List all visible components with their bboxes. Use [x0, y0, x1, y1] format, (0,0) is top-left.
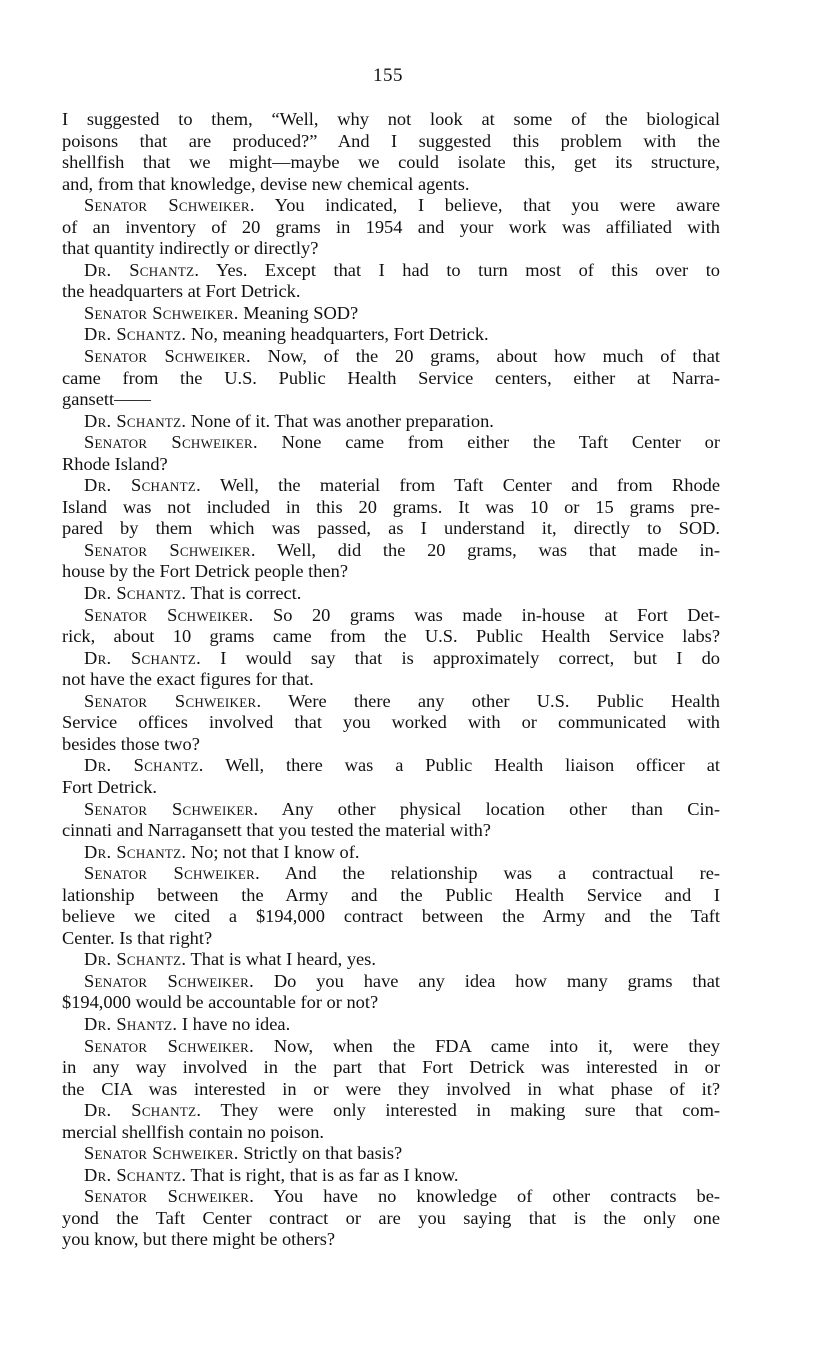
speaker-name: Senator Schweiker. — [84, 195, 255, 215]
text-line: believe we cited a $194,000 contract bet… — [62, 906, 720, 928]
speaker-line: Senator Schweiker. So 20 grams was made … — [62, 605, 720, 627]
line-text: Now, when the FDA came into it, were the… — [254, 1036, 720, 1056]
speaker-line: Senator Schweiker. Well, did the 20 gram… — [62, 540, 720, 562]
speaker-name: Senator Schweiker. — [84, 346, 251, 366]
speaker-line: Dr. Schantz. Yes. Except that I had to t… — [62, 260, 720, 282]
speaker-line: Senator Schweiker. Any other physical lo… — [62, 799, 720, 821]
line-text: You indicated, I believe, that you were … — [255, 195, 720, 215]
text-line: that quantity indirectly or directly? — [62, 238, 720, 260]
speaker-line: Senator Schweiker. Now, when the FDA cam… — [62, 1036, 720, 1058]
speaker-name: Dr. Schantz. — [84, 583, 186, 603]
line-text: came from the U.S. Public Health Service… — [62, 368, 720, 388]
line-text: you know, but there might be others? — [62, 1229, 335, 1249]
text-line: Center. Is that right? — [62, 928, 720, 950]
line-text: believe we cited a $194,000 contract bet… — [62, 906, 720, 926]
line-text: I have no idea. — [177, 1014, 290, 1034]
text-line: yond the Taft Center contract or are you… — [62, 1208, 720, 1230]
text-line: of an inventory of 20 grams in 1954 and … — [62, 217, 720, 239]
speaker-line: Senator Schweiker. You have no knowledge… — [62, 1186, 720, 1208]
text-line: mercial shellfish contain no poison. — [62, 1122, 720, 1144]
line-text: Fort Detrick. — [62, 777, 157, 797]
text-line: the CIA was interested in or were they i… — [62, 1079, 720, 1101]
text-line: shellfish that we might—maybe we could i… — [62, 152, 720, 174]
speaker-name: Dr. Schantz. — [84, 260, 199, 280]
speaker-line: Senator Schweiker. Do you have any idea … — [62, 971, 720, 993]
line-text: I would say that is approximately correc… — [201, 648, 720, 668]
line-text: They were only interested in making sure… — [201, 1100, 720, 1120]
text-line: besides those two? — [62, 734, 720, 756]
text-line: $194,000 would be accountable for or not… — [62, 992, 720, 1014]
speaker-line: Dr. Schantz. That is what I heard, yes. — [62, 949, 720, 971]
speaker-line: Dr. Schantz. They were only interested i… — [62, 1100, 720, 1122]
text-line: you know, but there might be others? — [62, 1229, 720, 1251]
speaker-name: Senator Schweiker. — [84, 1186, 254, 1206]
speaker-line: Senator Schweiker. None came from either… — [62, 432, 720, 454]
text-line: Service offices involved that you worked… — [62, 712, 720, 734]
line-text: Yes. Except that I had to turn most of t… — [199, 260, 720, 280]
speaker-line: Dr. Schantz. I would say that is approxi… — [62, 648, 720, 670]
speaker-name: Dr. Schantz. — [84, 1100, 201, 1120]
speaker-name: Dr. Shantz. — [84, 1014, 177, 1034]
line-text: Island was not included in this 20 grams… — [62, 497, 720, 517]
speaker-name: Senator Schweiker. — [84, 605, 254, 625]
speaker-name: Senator Schweiker. — [84, 971, 254, 991]
speaker-line: Dr. Schantz. That is right, that is as f… — [62, 1165, 720, 1187]
line-text: No; not that I know of. — [186, 842, 359, 862]
line-text: Well, the material from Taft Center and … — [201, 475, 720, 495]
speaker-name: Senator Schweiker. — [84, 799, 258, 819]
line-text: and, from that knowledge, devise new che… — [62, 174, 470, 194]
line-text: So 20 grams was made in-house at Fort De… — [254, 605, 720, 625]
line-text: house by the Fort Detrick people then? — [62, 561, 348, 581]
line-text: Well, did the 20 grams, was that made in… — [256, 540, 720, 560]
line-text: besides those two? — [62, 734, 200, 754]
text-line: and, from that knowledge, devise new che… — [62, 174, 720, 196]
text-line: rick, about 10 grams came from the U.S. … — [62, 626, 720, 648]
line-text: poisons that are produced?” And I sugges… — [62, 131, 720, 151]
speaker-name: Senator Schweiker. — [84, 863, 260, 883]
transcript-body: I suggested to them, “Well, why not look… — [62, 109, 720, 1251]
line-text: rick, about 10 grams came from the U.S. … — [62, 626, 720, 646]
speaker-line: Dr. Schantz. That is correct. — [62, 583, 720, 605]
speaker-name: Dr. Schantz. — [84, 411, 186, 431]
text-line: Rhode Island? — [62, 454, 720, 476]
line-text: cinnati and Narragansett that you tested… — [62, 820, 491, 840]
speaker-line: Dr. Schantz. No; not that I know of. — [62, 842, 720, 864]
speaker-name: Dr. Schantz. — [84, 324, 186, 344]
speaker-name: Dr. Schantz. — [84, 949, 186, 969]
line-text: That is what I heard, yes. — [186, 949, 376, 969]
text-line: gansett—— — [62, 389, 720, 411]
speaker-name: Senator Schweiker. — [84, 303, 239, 323]
line-text: gansett—— — [62, 389, 151, 409]
line-text: Meaning SOD? — [239, 303, 359, 323]
speaker-line: Senator Schweiker. Strictly on that basi… — [62, 1143, 720, 1165]
line-text: Any other physical location other than C… — [258, 799, 720, 819]
line-text: that quantity indirectly or directly? — [62, 238, 318, 258]
text-line: in any way involved in the part that For… — [62, 1057, 720, 1079]
line-text: Do you have any idea how many grams that — [254, 971, 720, 991]
text-line: not have the exact figures for that. — [62, 669, 720, 691]
line-text: not have the exact figures for that. — [62, 669, 314, 689]
speaker-name: Dr. Schantz. — [84, 755, 204, 775]
text-line: poisons that are produced?” And I sugges… — [62, 131, 720, 153]
speaker-name: Senator Schweiker. — [84, 540, 256, 560]
line-text: Service offices involved that you worked… — [62, 712, 720, 732]
speaker-name: Senator Schweiker. — [84, 1036, 254, 1056]
speaker-line: Dr. Schantz. None of it. That was anothe… — [62, 411, 720, 433]
line-text: Strictly on that basis? — [239, 1143, 402, 1163]
line-text: yond the Taft Center contract or are you… — [62, 1208, 720, 1228]
speaker-line: Senator Schweiker. Were there any other … — [62, 691, 720, 713]
line-text: That is right, that is as far as I know. — [186, 1165, 458, 1185]
text-line: cinnati and Narragansett that you tested… — [62, 820, 720, 842]
line-text: the CIA was interested in or were they i… — [62, 1079, 720, 1099]
line-text: shellfish that we might—maybe we could i… — [62, 152, 720, 172]
text-line: came from the U.S. Public Health Service… — [62, 368, 720, 390]
page-number: 155 — [0, 64, 776, 88]
speaker-name: Dr. Schantz. — [84, 842, 186, 862]
speaker-line: Dr. Schantz. Well, the material from Taf… — [62, 475, 720, 497]
line-text: None came from either the Taft Center or — [258, 432, 720, 452]
line-text: No, meaning headquarters, Fort Detrick. — [186, 324, 488, 344]
line-text: Well, there was a Public Health liaison … — [204, 755, 720, 775]
line-text: pared by them which was passed, as I und… — [62, 518, 720, 538]
speaker-line: Dr. Shantz. I have no idea. — [62, 1014, 720, 1036]
speaker-line: Senator Schweiker. You indicated, I beli… — [62, 195, 720, 217]
line-text: $194,000 would be accountable for or not… — [62, 992, 378, 1012]
text-line: pared by them which was passed, as I und… — [62, 518, 720, 540]
speaker-name: Dr. Schantz. — [84, 1165, 186, 1185]
speaker-line: Senator Schweiker. Now, of the 20 grams,… — [62, 346, 720, 368]
line-text: I suggested to them, “Well, why not look… — [62, 109, 720, 129]
document-page: 155 I suggested to them, “Well, why not … — [0, 0, 816, 1362]
speaker-name: Senator Schweiker. — [84, 691, 261, 711]
line-text: the headquarters at Fort Detrick. — [62, 281, 300, 301]
speaker-name: Dr. Schantz. — [84, 475, 201, 495]
speaker-line: Dr. Schantz. Well, there was a Public He… — [62, 755, 720, 777]
line-text: of an inventory of 20 grams in 1954 and … — [62, 217, 720, 237]
line-text: Now, of the 20 grams, about how much of … — [251, 346, 720, 366]
line-text: None of it. That was another preparation… — [186, 411, 494, 431]
line-text: That is correct. — [186, 583, 301, 603]
line-text: You have no knowledge of other contracts… — [254, 1186, 720, 1206]
line-text: Center. Is that right? — [62, 928, 212, 948]
line-text: lationship between the Army and the Publ… — [62, 885, 720, 905]
speaker-name: Dr. Schantz. — [84, 648, 201, 668]
speaker-name: Senator Schweiker. — [84, 1143, 239, 1163]
line-text: in any way involved in the part that For… — [62, 1057, 720, 1077]
speaker-name: Senator Schweiker. — [84, 432, 258, 452]
text-line: Fort Detrick. — [62, 777, 720, 799]
text-line: house by the Fort Detrick people then? — [62, 561, 720, 583]
speaker-line: Senator Schweiker. And the relationship … — [62, 863, 720, 885]
text-line: I suggested to them, “Well, why not look… — [62, 109, 720, 131]
line-text: Rhode Island? — [62, 454, 168, 474]
line-text: mercial shellfish contain no poison. — [62, 1122, 324, 1142]
line-text: And the relationship was a contractual r… — [260, 863, 720, 883]
text-line: lationship between the Army and the Publ… — [62, 885, 720, 907]
text-line: Island was not included in this 20 grams… — [62, 497, 720, 519]
text-line: the headquarters at Fort Detrick. — [62, 281, 720, 303]
line-text: Were there any other U.S. Public Health — [261, 691, 720, 711]
speaker-line: Dr. Schantz. No, meaning headquarters, F… — [62, 324, 720, 346]
speaker-line: Senator Schweiker. Meaning SOD? — [62, 303, 720, 325]
